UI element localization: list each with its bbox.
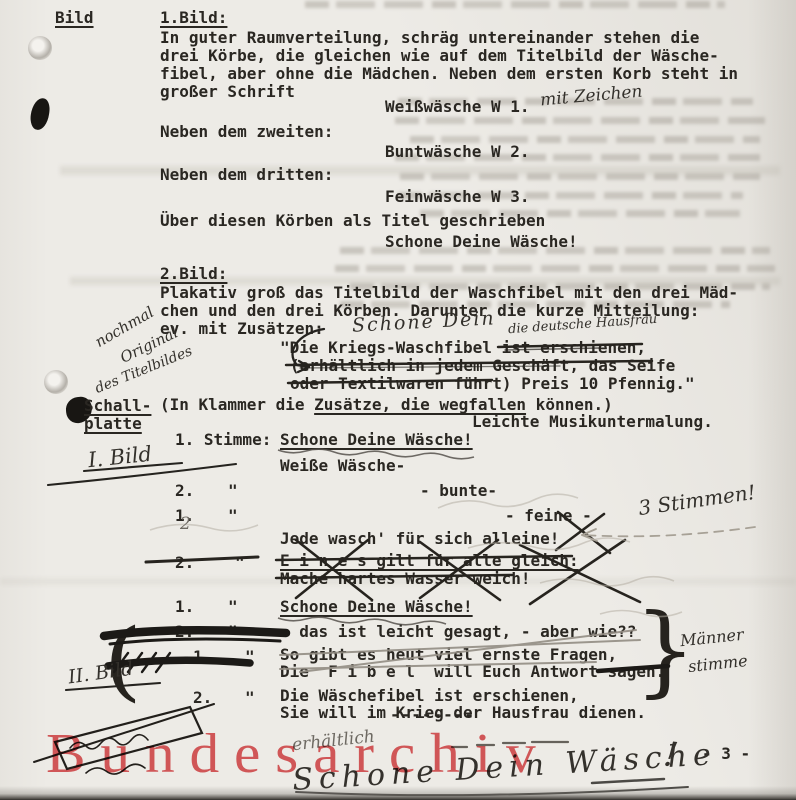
ditto-mark: ": [235, 553, 245, 572]
speaker-label: 1. Stimme:: [175, 430, 271, 449]
quote-line-1: "Die Kriegs-Waschfibel ist erschienen,: [280, 338, 646, 357]
ink-blot: [29, 97, 51, 131]
quote1-struck-text: ist erschienen: [502, 338, 637, 357]
scene1-line: drei Körbe, die gleichen wie auf dem Tit…: [160, 46, 719, 65]
verse: - feine -: [505, 506, 592, 525]
verse: - bunte-: [420, 481, 497, 500]
klammer-pre: (In Klammer die: [160, 395, 314, 414]
bleed-through-text: [395, 117, 765, 124]
ditto-mark: ": [228, 622, 238, 641]
scene1-line: fibel, aber ohne die Mädchen. Neben dem …: [160, 64, 738, 83]
scene1-line: Neben dem zweiten:: [160, 122, 333, 141]
punch-hole: [44, 370, 68, 394]
scene1-heading: 1.Bild:: [160, 8, 227, 27]
verse-pencil-struck: Die F i b e l will Euch Antwort sagen.: [280, 662, 665, 681]
scene2-heading: 2.Bild:: [160, 264, 227, 283]
ditto-mark: ": [228, 597, 238, 616]
hw-speaker-2: 2: [180, 514, 191, 534]
margin-label-bild: Bild: [55, 8, 94, 27]
hw-bild-1-note: I. Bild: [87, 442, 153, 473]
verse: Schone Deine Wäsche!: [280, 597, 473, 616]
margin-label-schallplatte: platte: [84, 414, 142, 433]
speaker-label-struck: 2.: [175, 553, 194, 572]
scene1-line: Neben dem dritten:: [160, 165, 333, 184]
archive-watermark: Bundesarchiv: [46, 722, 550, 786]
quote1-pre: "Die Kriegs-Waschfibel: [280, 338, 502, 357]
scene2-line: Plakativ groß das Titelbild der Waschfib…: [160, 283, 738, 302]
verse: Schone Deine Wäsche!: [280, 430, 473, 449]
verse: - das ist leicht gesagt, - aber wie??: [280, 622, 636, 641]
verse-struck: Mache hartes Wasser weich!: [280, 569, 530, 588]
punch-hole: [28, 36, 52, 60]
scene1-line: In guter Raumverteilung, schräg unterein…: [160, 28, 699, 47]
verse-struck: E i n e s gilt für alle gleich:: [280, 551, 579, 570]
quote1-post: ,: [636, 338, 646, 357]
basket1-label: Weißwäsche W 1.: [385, 97, 530, 116]
bleed-through-text: [335, 265, 775, 272]
quote3-post: ) Preis 10 Pfennig.": [502, 374, 695, 393]
ditto-mark: ": [228, 506, 238, 525]
music-direction: Leichte Musikuntermalung.: [472, 412, 713, 431]
ditto-mark: ": [245, 647, 255, 666]
ditto-mark: ": [245, 688, 255, 707]
scene1-line: großer Schrift: [160, 82, 295, 101]
basket2-label: Buntwäsche W 2.: [385, 142, 530, 161]
speaker-label: 2.: [175, 481, 194, 500]
verse: Weiße Wäsche-: [280, 456, 405, 475]
right-brace-annotation: }: [634, 602, 696, 700]
verse: Jede wasch' für sich alleine!: [280, 529, 559, 548]
hw-mit-zeichen: mit Zeichen: [539, 82, 643, 111]
scene2-line: ev. mit Zusätzen:: [160, 319, 324, 338]
speaker-label: 2.: [193, 688, 212, 707]
margin-label-schallplatte: Schall-: [84, 396, 151, 415]
pencil-arrow: [582, 527, 755, 541]
bleed-through-text: [305, 1, 725, 8]
speaker-label: 1.: [175, 597, 194, 616]
quote3-struck-text: oder Textilwaren führt: [290, 374, 502, 393]
quote-line-2-struck: (erhältlich in jedem Geschäft, das Seife: [290, 356, 675, 375]
hw-3-stimmen: 3 Stimmen!: [637, 480, 757, 520]
speaker-label: 1.: [193, 647, 212, 666]
speaker-label: 2.: [175, 622, 194, 641]
quote-line-3: oder Textilwaren führt) Preis 10 Pfennig…: [290, 374, 695, 393]
scene1-title: Schone Deine Wäsche!: [385, 232, 578, 251]
basket3-label: Feinwäsche W 3.: [385, 187, 530, 206]
scene1-line: Über diesen Körben als Titel geschrieben: [160, 211, 545, 230]
ditto-mark: ": [228, 481, 238, 500]
scan-bottom-edge: [0, 786, 796, 800]
